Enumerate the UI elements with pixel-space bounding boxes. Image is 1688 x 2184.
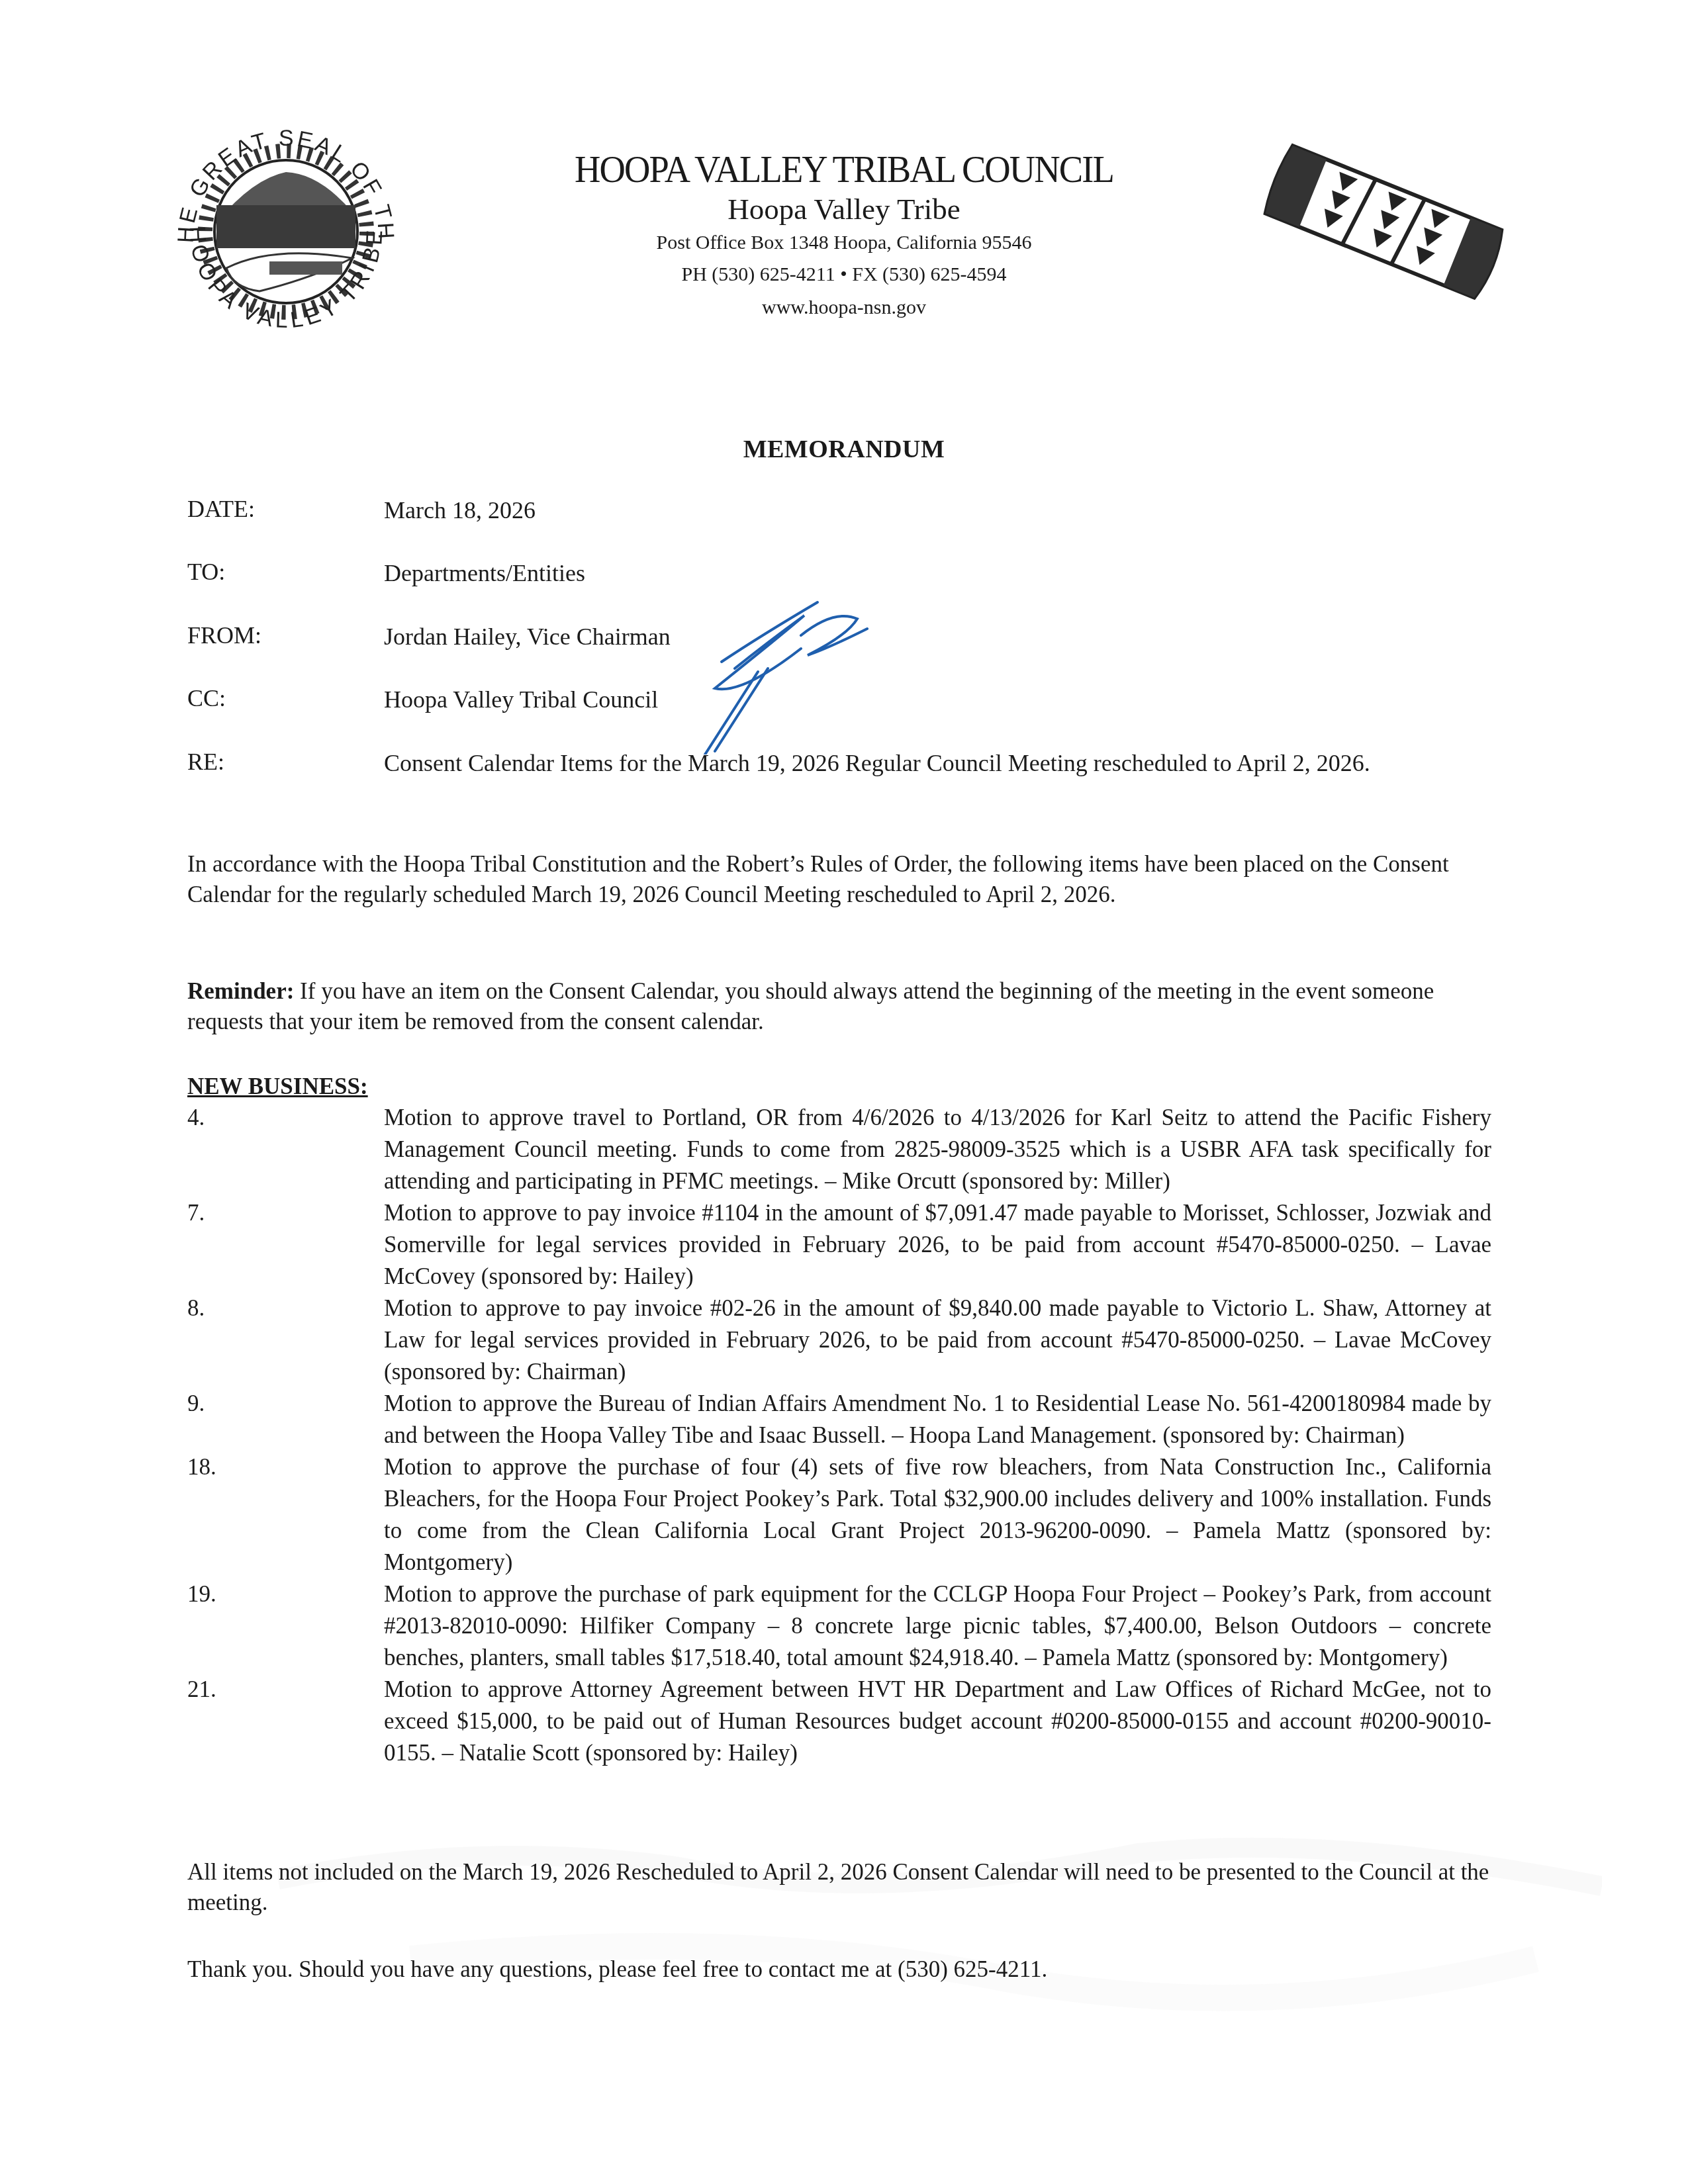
memo-title: MEMORANDUM	[0, 435, 1688, 464]
item-text: Motion to approve travel to Portland, OR…	[384, 1105, 1491, 1194]
item-number: 7.	[187, 1197, 205, 1229]
field-label: RE:	[187, 748, 379, 776]
signature	[702, 596, 874, 754]
list-item: 18. Motion to approve the purchase of fo…	[187, 1451, 1491, 1578]
field-label: DATE:	[187, 495, 379, 523]
item-number: 8.	[187, 1293, 205, 1324]
item-text: Motion to approve the purchase of park e…	[384, 1581, 1491, 1670]
field-value: Jordan Hailey, Vice Chairman	[384, 621, 1655, 652]
list-item: 7. Motion to approve to pay invoice #110…	[187, 1197, 1491, 1293]
reminder-label: Reminder:	[187, 978, 294, 1004]
item-number: 18.	[187, 1451, 216, 1483]
list-item: 9. Motion to approve the Bureau of India…	[187, 1388, 1491, 1451]
list-item: 4. Motion to approve travel to Portland,…	[187, 1102, 1491, 1197]
list-item: 8. Motion to approve to pay invoice #02-…	[187, 1293, 1491, 1388]
item-text: Motion to approve the purchase of four (…	[384, 1454, 1491, 1575]
field-value: Hoopa Valley Tribal Council	[384, 684, 1655, 715]
basket-band-logo	[1244, 126, 1523, 318]
reminder-text: If you have an item on the Consent Calen…	[187, 978, 1434, 1034]
item-number: 4.	[187, 1102, 205, 1134]
list-item: 19. Motion to approve the purchase of pa…	[187, 1578, 1491, 1674]
item-number: 21.	[187, 1674, 216, 1706]
item-text: Motion to approve Attorney Agreement bet…	[384, 1676, 1491, 1766]
reminder-paragraph: Reminder: If you have an item on the Con…	[187, 976, 1491, 1037]
field-label: CC:	[187, 684, 379, 712]
thank-you-note: Thank you. Should you have any questions…	[187, 1954, 1491, 1985]
field-value: March 18, 2026	[384, 495, 1655, 525]
item-text: Motion to approve to pay invoice #1104 i…	[384, 1200, 1491, 1289]
field-value: Consent Calendar Items for the March 19,…	[384, 748, 1655, 778]
list-item: 21. Motion to approve Attorney Agreement…	[187, 1674, 1491, 1769]
new-business-list: 4. Motion to approve travel to Portland,…	[187, 1102, 1491, 1769]
closing-note: All items not included on the March 19, …	[187, 1857, 1491, 1918]
item-number: 19.	[187, 1578, 216, 1610]
item-text: Motion to approve to pay invoice #02-26 …	[384, 1295, 1491, 1385]
field-label: TO:	[187, 558, 379, 586]
item-text: Motion to approve the Bureau of Indian A…	[384, 1390, 1491, 1448]
intro-paragraph: In accordance with the Hoopa Tribal Cons…	[187, 849, 1491, 910]
field-value: Departments/Entities	[384, 558, 1655, 588]
new-business-heading: NEW BUSINESS:	[187, 1073, 368, 1100]
item-number: 9.	[187, 1388, 205, 1420]
field-label: FROM:	[187, 621, 379, 649]
